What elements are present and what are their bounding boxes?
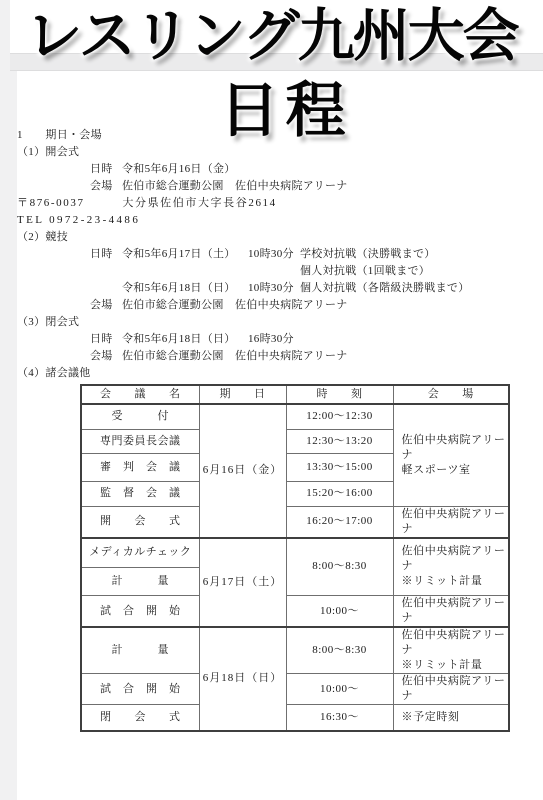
meeting-name-cell: 審 判 会 議 (81, 453, 199, 481)
competition-schedule-line-3: 令和5年6月18日（日） 10時30分 個人対抗戦（各階級決勝戦まで） (90, 280, 543, 297)
time-cell: 16:20～17:00 (286, 506, 393, 538)
date-cell: 6月18日（日） (199, 627, 286, 731)
meeting-name-cell: 閉 会 式 (81, 705, 199, 731)
venue-label: 会場 (90, 348, 122, 365)
meeting-name-cell: 試 合 開 始 (81, 674, 199, 705)
document-body: 1 期日・会場 （1）開会式 日時 令和5年6月16日（金） 会場 佐伯市総合運… (17, 71, 543, 732)
date-cell: 6月16日（金） (199, 404, 286, 538)
event-value: 個人対抗戦（各階級決勝戦まで） (300, 280, 543, 297)
meeting-name-cell: 計 量 (81, 568, 199, 596)
competition-label: （2）競技 (17, 229, 543, 246)
time-value: 10時30分 (248, 246, 300, 263)
time-value: 10時30分 (248, 280, 300, 297)
datetime-value: 令和5年6月16日（金） (122, 161, 236, 178)
venue-value: 佐伯市総合運動公園 佐伯中央病院アリーナ (122, 297, 348, 314)
competition-schedule-line-1: 日時 令和5年6月17日（土） 10時30分 学校対抗戦（決勝戦まで） (90, 246, 543, 263)
time-cell: 8:00～8:30 (286, 538, 393, 596)
time-cell: 12:30～13:20 (286, 429, 393, 453)
meeting-name-cell: 試 合 開 始 (81, 596, 199, 628)
opening-datetime-line: 日時 令和5年6月16日（金） (90, 161, 543, 178)
time-value: 16時30分 (248, 331, 300, 348)
date-cell: 6月17日（土） (199, 538, 286, 628)
datetime-label: 日時 (90, 246, 122, 263)
screenshot-canvas: 1 期日・会場 （1）開会式 日時 令和5年6月16日（金） 会場 佐伯市総合運… (0, 0, 543, 800)
competition-schedule-line-2: 個人対抗戦（1回戦まで） (90, 263, 543, 280)
time-cell: 10:00～ (286, 674, 393, 705)
document-page: 1 期日・会場 （1）開会式 日時 令和5年6月16日（金） 会場 佐伯市総合運… (17, 71, 543, 800)
event-value: 学校対抗戦（決勝戦まで） (300, 246, 543, 263)
meeting-name-cell: 専門委員長会議 (81, 429, 199, 453)
table-row: 試 合 開 始 10:00～ 佐伯中央病院アリーナ (81, 674, 509, 705)
time-cell: 15:20～16:00 (286, 481, 393, 506)
opening-venue-line: 会場 佐伯市総合運動公園 佐伯中央病院アリーナ (90, 178, 543, 195)
venue-value: 佐伯市総合運動公園 佐伯中央病院アリーナ (122, 348, 348, 365)
col-header-time: 時 刻 (286, 385, 393, 404)
closing-datetime-line: 日時 令和5年6月18日（日） 16時30分 (90, 331, 543, 348)
table-row: 試 合 開 始 10:00～ 佐伯中央病院アリーナ (81, 596, 509, 628)
venue-cell: 佐伯中央病院アリーナ (393, 506, 509, 538)
overlay-subtitle: 日程 (14, 74, 543, 148)
venue-value: 佐伯市総合運動公園 佐伯中央病院アリーナ (122, 178, 348, 195)
table-row: 受 付 6月16日（金） 12:00～12:30 佐伯中央病院アリーナ 軽スポー… (81, 404, 509, 429)
datetime-label: 日時 (90, 161, 122, 178)
venue-cell: 佐伯中央病院アリーナ ※リミット計量 (393, 538, 509, 596)
telephone-line: TEL 0972-23-4486 (17, 212, 543, 229)
time-cell: 10:00～ (286, 596, 393, 628)
venue-cell: 佐伯中央病院アリーナ ※リミット計量 (393, 627, 509, 674)
date-value: 令和5年6月18日（日） (122, 331, 248, 348)
date-value: 令和5年6月18日（日） (122, 280, 248, 297)
table-row: 計 量 6月18日（日） 8:00～8:30 佐伯中央病院アリーナ ※リミット計… (81, 627, 509, 674)
col-header-venue: 会 場 (393, 385, 509, 404)
time-cell: 13:30～15:00 (286, 453, 393, 481)
venue-label: 会場 (90, 297, 122, 314)
meeting-name-cell: 計 量 (81, 627, 199, 674)
closing-venue-line: 会場 佐伯市総合運動公園 佐伯中央病院アリーナ (90, 348, 543, 365)
venue-cell: ※予定時刻 (393, 705, 509, 731)
table-row: 閉 会 式 16:30～ ※予定時刻 (81, 705, 509, 731)
venue-label: 会場 (90, 178, 122, 195)
col-header-meeting-name: 会 議 名 (81, 385, 199, 404)
meeting-name-cell: 監 督 会 議 (81, 481, 199, 506)
venue-cell: 佐伯中央病院アリーナ (393, 674, 509, 705)
event-value: 個人対抗戦（1回戦まで） (300, 263, 543, 280)
postal-address-line: 〒876-0037 大分県佐伯市大字長谷2614 (17, 195, 543, 212)
meetings-section-label: （4）諸会議他 (17, 365, 543, 382)
meeting-name-cell: 開 会 式 (81, 506, 199, 538)
datetime-label: 日時 (90, 331, 122, 348)
meeting-name-cell: メディカルチェック (81, 538, 199, 568)
venue-cell: 佐伯中央病院アリーナ (393, 596, 509, 628)
time-cell: 12:00～12:30 (286, 404, 393, 429)
date-value: 令和5年6月17日（土） (122, 246, 248, 263)
meetings-table: 会 議 名 期 日 時 刻 会 場 受 付 6月16日（金） 12:00～12:… (80, 384, 510, 732)
venue-cell: 佐伯中央病院アリーナ 軽スポーツ室 (393, 404, 509, 506)
time-cell: 8:00～8:30 (286, 627, 393, 674)
table-row: 開 会 式 16:20～17:00 佐伯中央病院アリーナ (81, 506, 509, 538)
time-cell: 16:30～ (286, 705, 393, 731)
closing-ceremony-label: （3）閉会式 (17, 314, 543, 331)
table-row: メディカルチェック 6月17日（土） 8:00～8:30 佐伯中央病院アリーナ … (81, 538, 509, 568)
table-header-row: 会 議 名 期 日 時 刻 会 場 (81, 385, 509, 404)
overlay-title: レスリング九州大会 (0, 0, 543, 76)
meeting-name-cell: 受 付 (81, 404, 199, 429)
col-header-date: 期 日 (199, 385, 286, 404)
competition-venue-line: 会場 佐伯市総合運動公園 佐伯中央病院アリーナ (90, 297, 543, 314)
